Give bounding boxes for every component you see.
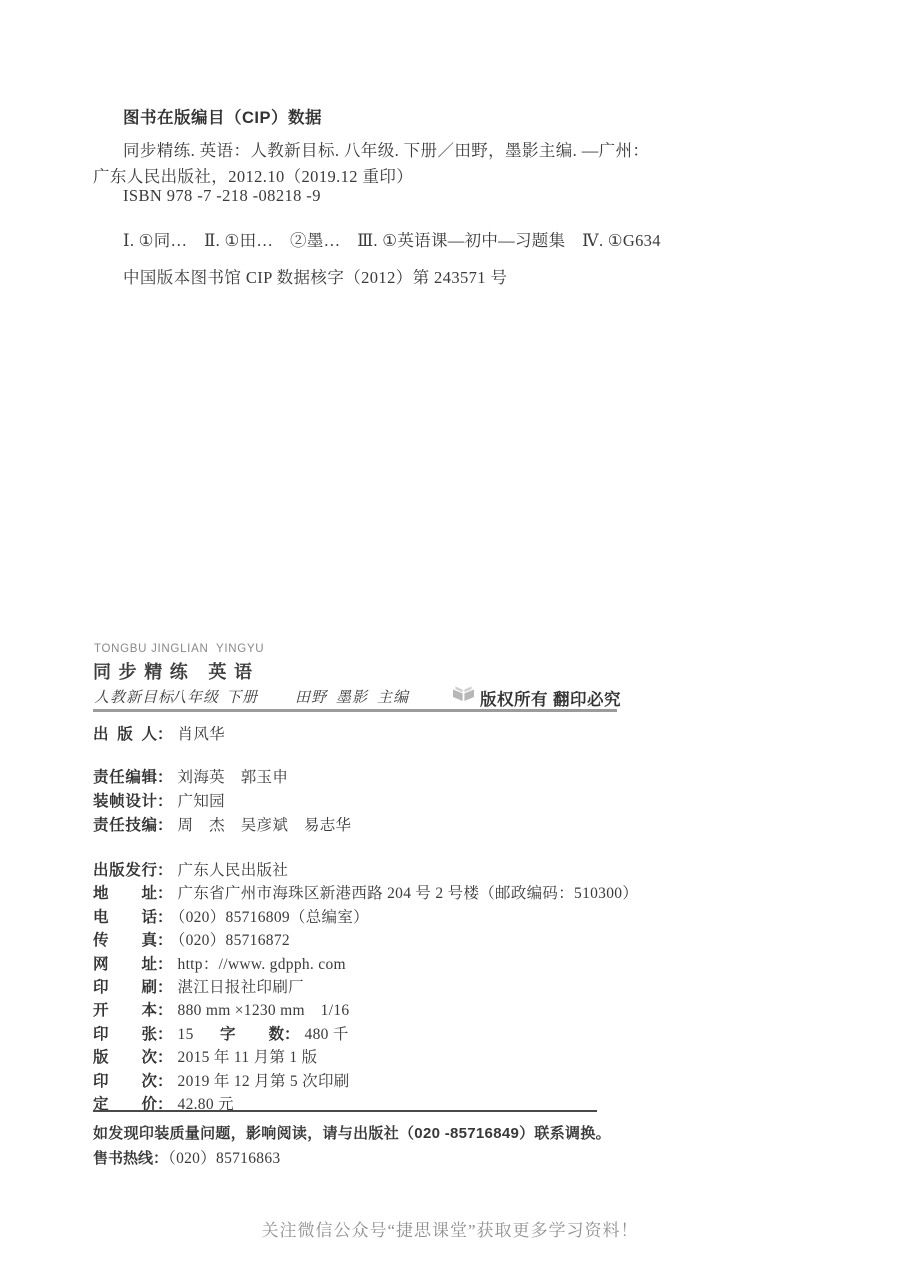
row-label: 版次 <box>93 1045 157 1067</box>
colophon-row-publishing-house: 出版发行：广东人民出版社 <box>93 858 288 878</box>
colophon-row-impression: 印次：2019 年 12 月第 5 次印刷 <box>93 1069 350 1089</box>
row-value: 广东省广州市海珠区新港西路 204 号 2 号楼（邮政编码：510300） <box>178 885 639 902</box>
row-value: 周 杰 吴彦斌 易志华 <box>178 817 352 834</box>
colophon-row-sheets-wordcount: 印张：15 字数：480 千 <box>93 1022 194 1042</box>
label-colon: ： <box>153 1150 168 1167</box>
colophon-row-editor: 责任编辑：刘海英 郭玉申 <box>93 765 288 785</box>
book-title: 同 步 精 练 英 语 <box>93 658 253 684</box>
row-label: 责任编辑 <box>93 765 157 787</box>
quality-note: 如发现印装质量问题，影响阅读，请与出版社（020 -85716849）联系调换。 <box>93 1122 611 1143</box>
row-label: 开本 <box>93 998 157 1020</box>
label-colon: ： <box>157 1026 173 1043</box>
byline-row: 人教新目标 八年级 下册 田野 墨影 主编 版权所有 翻印必究 <box>0 686 900 706</box>
cip-heading: 图书在版编目（CIP）数据 <box>123 104 322 128</box>
row-label: 地址 <box>93 881 157 903</box>
colophon-row-designer: 装帧设计：广知园 <box>93 789 225 809</box>
editor-role: 主编 <box>377 686 409 707</box>
label-colon: ： <box>157 932 173 949</box>
isbn-number: ISBN 978 -7 -218 -08218 -9 <box>123 186 321 206</box>
row-label: 印刷 <box>93 975 157 997</box>
row-value: 2015 年 11 月第 1 版 <box>178 1049 318 1066</box>
copyright-page: 图书在版编目（CIP）数据 同步精练. 英语：人教新目标. 八年级. 下册／田野… <box>0 0 900 1263</box>
row-value: 广知园 <box>178 793 225 810</box>
row-label: 印张 <box>93 1022 157 1044</box>
row-value: 15 <box>178 1026 194 1043</box>
label-colon: ： <box>157 817 173 834</box>
colophon-row-address: 地址：广东省广州市海珠区新港西路 204 号 2 号楼（邮政编码：510300） <box>93 881 638 901</box>
colophon-row-printer: 印刷：湛江日报社印刷厂 <box>93 975 304 995</box>
label-colon: ： <box>157 979 173 996</box>
row-value: 2019 年 12 月第 5 次印刷 <box>178 1073 350 1090</box>
colophon-row-phone: 电话：（020）85716809（总编室） <box>93 905 369 925</box>
row-label: 网址 <box>93 952 157 974</box>
row-label: 字数 <box>220 1022 284 1044</box>
series-label: 人教新目标 <box>94 686 174 707</box>
row-label: 出版人 <box>93 722 157 744</box>
colophon-row-technical-editor: 责任技编：周 杰 吴彦斌 易志华 <box>93 813 351 833</box>
label-colon: ： <box>157 769 173 786</box>
grade-label: 八年级 <box>171 686 219 707</box>
footer-divider <box>93 1110 597 1112</box>
row-label: 装帧设计 <box>93 789 157 811</box>
label-colon: ： <box>157 885 173 902</box>
row-value: 880 mm ×1230 mm 1/16 <box>178 1002 350 1019</box>
sales-hotline-row: 售书热线：（020）85716863 <box>93 1146 280 1168</box>
colophon-row-price: 定价：42.80 元 <box>93 1092 234 1112</box>
website-url: http：//www. gdpph. com <box>178 956 346 973</box>
open-book-icon <box>452 686 475 702</box>
copyright-notice: 版权所有 <box>480 686 548 710</box>
row-value: 广东人民出版社 <box>178 862 289 879</box>
label-colon: ： <box>157 1073 173 1090</box>
reprint-notice: 翻印必究 <box>553 686 621 710</box>
row-label: 电话 <box>93 905 157 927</box>
label-colon: ： <box>157 956 173 973</box>
row-value: 480 千 <box>305 1026 349 1043</box>
masthead-divider <box>93 709 617 712</box>
row-label: 印次 <box>93 1069 157 1091</box>
cip-publisher-line: 广东人民出版社，2012.10（2019.12 重印） <box>93 163 413 187</box>
label-colon: ： <box>157 1049 173 1066</box>
colophon-row-fax: 传真：（020）85716872 <box>93 928 290 948</box>
row-value: 刘海英 郭玉申 <box>178 769 289 786</box>
editor-name-1: 田野 <box>295 686 327 707</box>
row-value: （020）85716809（总编室） <box>178 909 369 926</box>
cip-record-number: 中国版本图书馆 CIP 数据核字（2012）第 243571 号 <box>123 264 507 288</box>
label-colon: ： <box>157 862 173 879</box>
wechat-watermark: 关注微信公众号“捷思课堂”获取更多学习资料！ <box>0 1216 900 1241</box>
hotline-number: （020）85716863 <box>168 1150 280 1167</box>
cip-classification: Ⅰ. ①同… Ⅱ. ①田… ②墨… Ⅲ. ①英语课—初中—习题集 Ⅳ. ①G63… <box>123 227 661 251</box>
colophon-row-format: 开本：880 mm ×1230 mm 1/16 <box>93 998 349 1018</box>
hotline-label: 售书热线 <box>93 1150 153 1167</box>
wordcount-pair: 字数：480 千 <box>220 1022 349 1044</box>
colophon-row-website: 网址：http：//www. gdpph. com <box>93 952 346 972</box>
volume-label: 下册 <box>226 686 258 707</box>
label-colon: ： <box>157 909 173 926</box>
row-label: 责任技编 <box>93 813 157 835</box>
editor-name-2: 墨影 <box>336 686 368 707</box>
row-label: 出版发行 <box>93 858 157 880</box>
row-value: 湛江日报社印刷厂 <box>178 979 304 996</box>
label-colon: ： <box>157 793 173 810</box>
row-value: （020）85716872 <box>178 932 290 949</box>
colophon-row-edition: 版次：2015 年 11 月第 1 版 <box>93 1045 317 1065</box>
label-colon: ： <box>157 1002 173 1019</box>
row-label: 传真 <box>93 928 157 950</box>
row-value: 肖风华 <box>178 726 225 743</box>
label-colon: ： <box>284 1026 300 1043</box>
title-pinyin: TONGBU JINGLIAN YINGYU <box>94 643 264 655</box>
cip-title-line: 同步精练. 英语：人教新目标. 八年级. 下册／田野，墨影主编. —广州： <box>123 137 649 161</box>
colophon-row-publisher: 出版人：肖风华 <box>93 722 225 742</box>
label-colon: ： <box>157 726 173 743</box>
